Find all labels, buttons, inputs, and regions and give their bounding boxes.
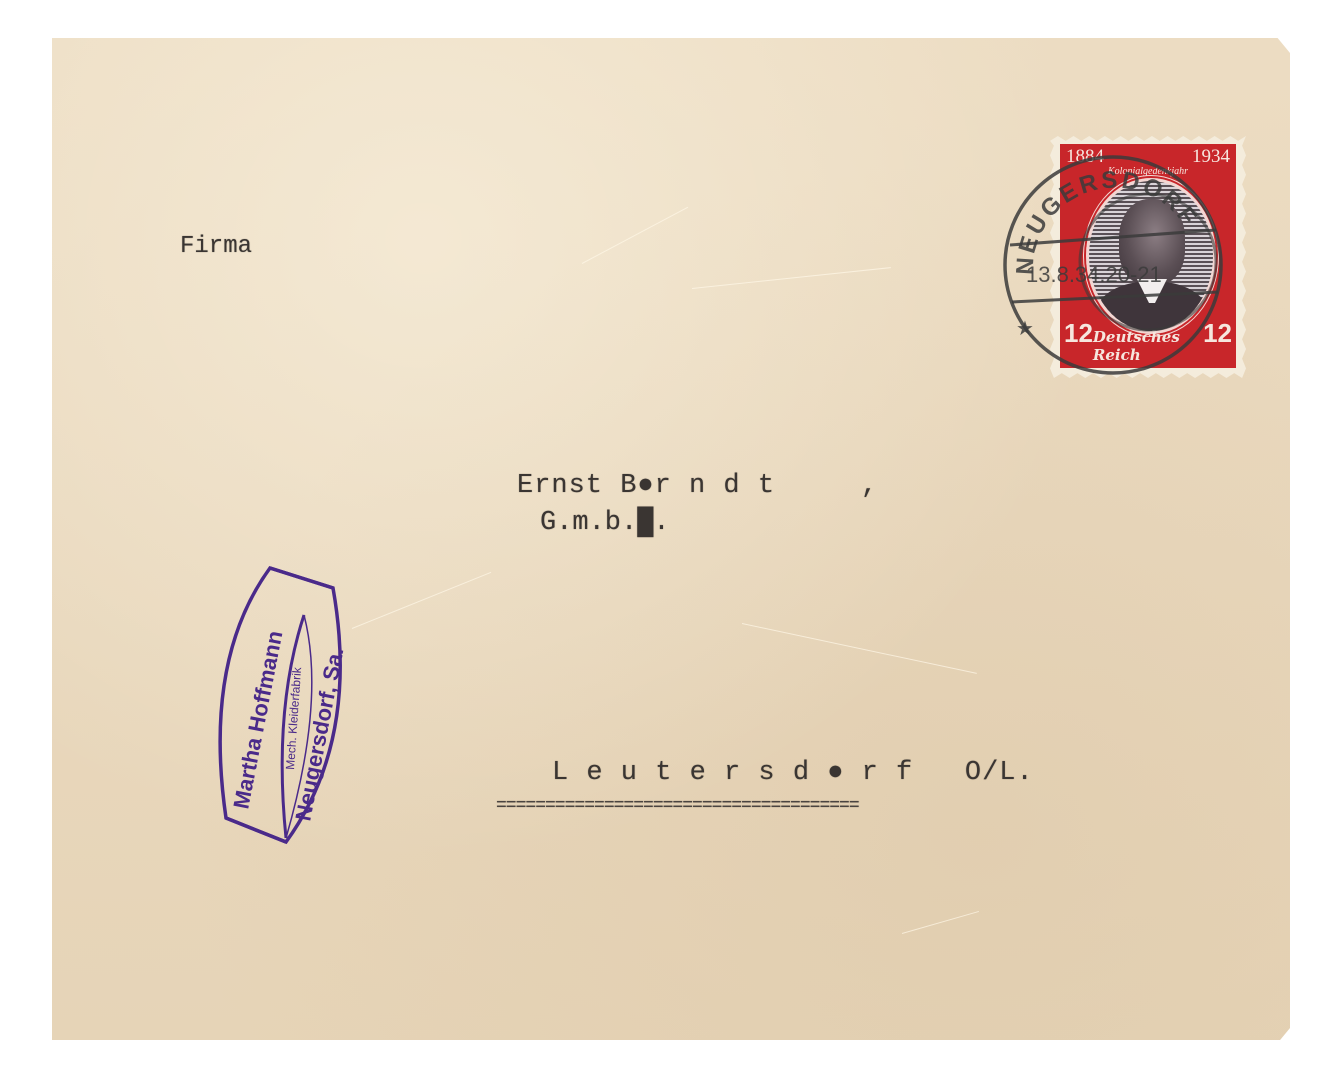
firma-label: Firma	[180, 233, 252, 260]
stamp-year-start: 1884	[1066, 146, 1104, 168]
stamp-bottom-row: 12 Deutsches Reich 12	[1064, 318, 1232, 364]
recipient-city: L e u t e r s d ● r f O/L.	[552, 758, 1034, 788]
stamp-face: 1884 1934 Kolonialgedenkjahr 12 Deutsche…	[1060, 144, 1236, 368]
stamp-portrait-icon	[1086, 178, 1216, 334]
stamp-year-end: 1934	[1192, 146, 1230, 168]
paper-crease	[352, 572, 491, 629]
recipient-name: Ernst B●r n d t ,	[517, 471, 878, 501]
stamp-country: Deutsches Reich	[1093, 328, 1203, 364]
postage-stamp: 1884 1934 Kolonialgedenkjahr 12 Deutsche…	[1050, 136, 1246, 378]
address-underline: =====================================	[496, 796, 859, 816]
stamp-value-right: 12	[1203, 318, 1232, 349]
portrait-head	[1119, 199, 1185, 285]
stamp-value-left: 12	[1064, 318, 1093, 349]
paper-crease	[582, 207, 688, 264]
stamp-caption: Kolonialgedenkjahr	[1060, 166, 1236, 177]
paper-crease	[742, 623, 977, 674]
recipient-company: G.m.b.█.	[540, 508, 670, 538]
paper-crease	[692, 267, 891, 289]
paper-crease	[902, 911, 979, 934]
